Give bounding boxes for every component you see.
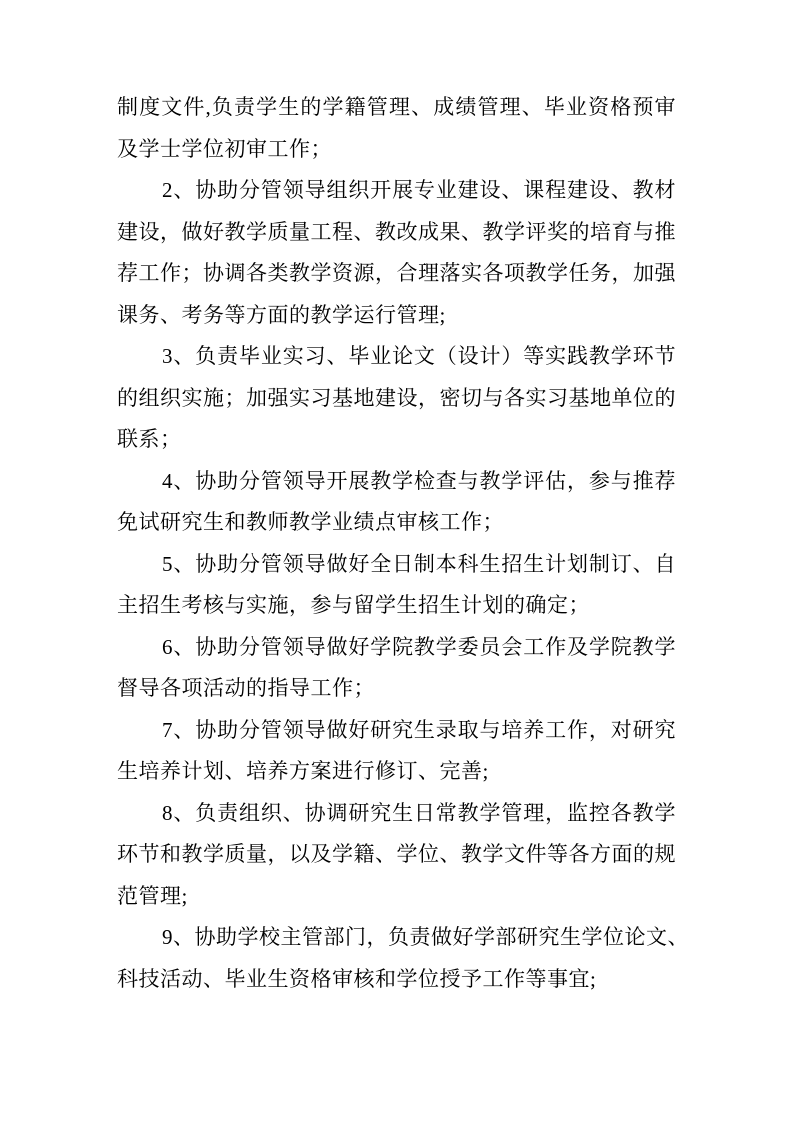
paragraph: 3、负责毕业实习、毕业论文（设计）等实践教学环节的组织实施；加强实习基地建设，密…: [117, 336, 676, 461]
paragraph: 2、协助分管领导组织开展专业建设、课程建设、教材建设，做好教学质量工程、教改成果…: [117, 170, 676, 336]
text-line: 7、协助分管领导做好研究生录取与培养工作，对研究: [117, 710, 676, 752]
document-body: 制度文件,负责学生的学籍管理、成绩管理、毕业资格预审及学士学位初审工作；2、协助…: [117, 87, 676, 1000]
text-line: 的组织实施；加强实习基地建设，密切与各实习基地单位的: [117, 378, 676, 420]
text-line: 督导各项活动的指导工作；: [117, 668, 676, 710]
paragraph: 5、协助分管领导做好全日制本科生招生计划制订、自主招生考核与实施，参与留学生招生…: [117, 544, 676, 627]
paragraph: 8、负责组织、协调研究生日常教学管理，监控各教学环节和教学质量，以及学籍、学位、…: [117, 793, 676, 918]
paragraph: 6、协助分管领导做好学院教学委员会工作及学院教学督导各项活动的指导工作；: [117, 627, 676, 710]
text-line: 制度文件,负责学生的学籍管理、成绩管理、毕业资格预审: [117, 87, 676, 129]
text-line: 范管理;: [117, 876, 676, 918]
paragraph: 7、协助分管领导做好研究生录取与培养工作，对研究生培养计划、培养方案进行修订、完…: [117, 710, 676, 793]
text-line: 联系；: [117, 419, 676, 461]
text-line: 5、协助分管领导做好全日制本科生招生计划制订、自: [117, 544, 676, 586]
text-line: 荐工作；协调各类教学资源，合理落实各项教学任务，加强: [117, 253, 676, 295]
text-line: 课务、考务等方面的教学运行管理;: [117, 295, 676, 337]
text-line: 9、协助学校主管部门，负责做好学部研究生学位论文、: [117, 917, 676, 959]
text-line: 8、负责组织、协调研究生日常教学管理，监控各教学: [117, 793, 676, 835]
paragraph: 制度文件,负责学生的学籍管理、成绩管理、毕业资格预审及学士学位初审工作；: [117, 87, 676, 170]
paragraph: 4、协助分管领导开展教学检查与教学评估，参与推荐免试研究生和教师教学业绩点审核工…: [117, 461, 676, 544]
text-line: 6、协助分管领导做好学院教学委员会工作及学院教学: [117, 627, 676, 669]
text-line: 2、协助分管领导组织开展专业建设、课程建设、教材: [117, 170, 676, 212]
text-line: 免试研究生和教师教学业绩点审核工作；: [117, 502, 676, 544]
text-line: 环节和教学质量，以及学籍、学位、教学文件等各方面的规: [117, 834, 676, 876]
text-line: 生培养计划、培养方案进行修订、完善;: [117, 751, 676, 793]
text-line: 科技活动、毕业生资格审核和学位授予工作等事宜;: [117, 959, 676, 1001]
text-line: 3、负责毕业实习、毕业论文（设计）等实践教学环节: [117, 336, 676, 378]
text-line: 及学士学位初审工作；: [117, 129, 676, 171]
text-line: 建设，做好教学质量工程、教改成果、教学评奖的培育与推: [117, 212, 676, 254]
text-line: 主招生考核与实施，参与留学生招生计划的确定；: [117, 585, 676, 627]
text-line: 4、协助分管领导开展教学检查与教学评估，参与推荐: [117, 461, 676, 503]
document-page: 制度文件,负责学生的学籍管理、成绩管理、毕业资格预审及学士学位初审工作；2、协助…: [0, 0, 793, 1122]
paragraph: 9、协助学校主管部门，负责做好学部研究生学位论文、科技活动、毕业生资格审核和学位…: [117, 917, 676, 1000]
